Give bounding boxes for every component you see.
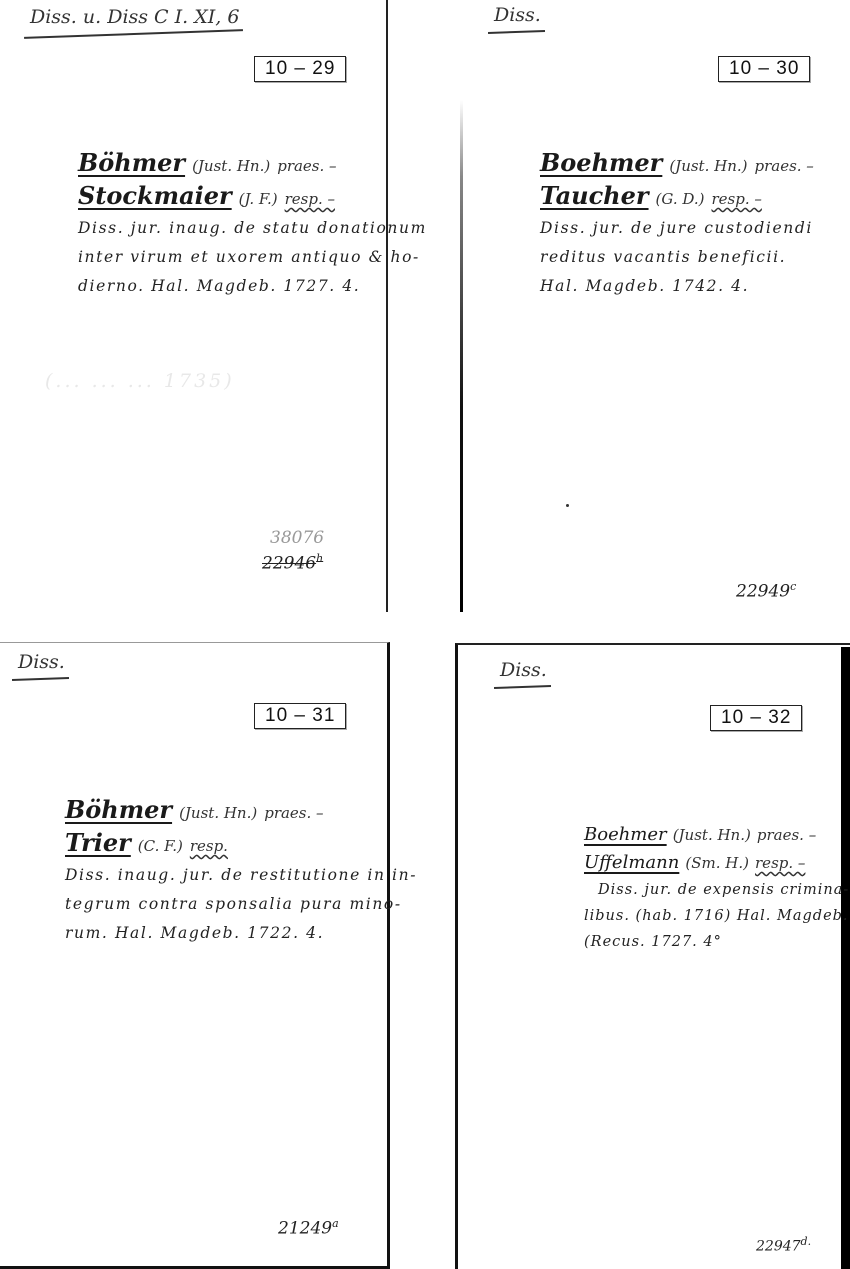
respondent-role: resp. – [285,190,335,208]
shelf-number: 22946h [262,552,323,574]
respondent-role: resp. [190,837,228,855]
author-initials: (Just. Hn.) [192,157,270,175]
ink-speck [566,504,569,507]
call-number-box: 10 – 31 [254,703,346,729]
heading-note: Diss. [494,4,541,26]
catalog-card-10-29: Diss. u. Diss C I. XI, 6 10 – 29 Böhmer … [0,0,388,612]
author-initials: (Just. Hn.) [673,826,751,844]
respondent-line: Trier (C. F.) resp. [65,828,417,861]
description-line: Diss. jur. de jure custodiendi [540,214,814,243]
description-line: Diss. jur. inaug. de statu donationum [78,214,427,243]
catalog-card-10-32: Diss. 10 – 32 Boehmer (Just. Hn.) praes.… [455,643,850,1269]
respondent-initials: (J. F.) [239,190,278,208]
call-number-box: 10 – 30 [718,56,810,82]
respondent-name: Stockmaier [78,181,232,210]
respondent-line: Stockmaier (J. F.) resp. – [78,181,427,214]
catalog-entry: Böhmer (Just. Hn.) praes. – Trier (C. F.… [65,795,417,948]
author-name: Böhmer [78,148,185,177]
catalog-entry: Boehmer (Just. Hn.) praes. – Uffelmann (… [584,821,849,955]
call-number-box: 10 – 29 [254,56,346,82]
description-line: Diss. jur. de expensis crimina- [584,877,849,903]
description-line: reditus vacantis beneficii. [540,243,814,272]
catalog-card-10-31: Diss. 10 – 31 Böhmer (Just. Hn.) praes. … [0,642,390,1269]
description-line: dierno. Hal. Magdeb. 1727. 4. [78,272,427,301]
author-line: Böhmer (Just. Hn.) praes. – [78,148,427,181]
respondent-name: Uffelmann [584,852,679,873]
shelf-number-suffix: c [790,580,796,593]
shelf-number-value: 21249 [278,1219,332,1239]
shelf-number-suffix: d. [801,1235,812,1248]
shelf-number-suffix: h [316,552,323,565]
heading-note: Diss. [500,659,547,681]
shelf-number-value: 22947 [756,1239,801,1255]
author-role: praes. – [264,804,323,822]
call-number-box: 10 – 32 [710,705,802,731]
author-name: Boehmer [584,824,667,845]
author-line: Boehmer (Just. Hn.) praes. – [584,821,849,849]
respondent-initials: (C. F.) [138,837,183,855]
author-line: Böhmer (Just. Hn.) praes. – [65,795,417,828]
description-line: inter virum et uxorem antiquo & ho- [78,243,427,272]
shelf-number-suffix: a [332,1217,339,1230]
faded-erased-note: (... ... ... 1735) [45,370,235,392]
description-line: libus. (hab. 1716) Hal. Magdeb. [584,903,849,929]
respondent-initials: (G. D.) [656,190,705,208]
description-line: Diss. inaug. jur. de restitutione in in- [65,861,417,890]
heading-note: Diss. [18,651,65,673]
shelf-number-value: 22946 [262,554,316,574]
description-line: (Recus. 1727. 4° [584,929,849,955]
author-name: Böhmer [65,795,172,824]
card-edge [460,100,463,612]
heading-note: Diss. u. Diss C I. XI, 6 [30,6,239,28]
respondent-line: Taucher (G. D.) resp. – [540,181,814,214]
respondent-role: resp. – [755,854,805,872]
catalog-card-10-30: Diss. 10 – 30 Boehmer (Just. Hn.) praes.… [460,0,850,612]
author-initials: (Just. Hn.) [669,157,747,175]
shelf-number: 22947d. [756,1235,811,1255]
respondent-name: Trier [65,828,131,857]
shelf-number: 21249a [278,1217,339,1239]
author-name: Boehmer [540,148,662,177]
respondent-line: Uffelmann (Sm. H.) resp. – [584,849,849,877]
author-role: praes. – [277,157,336,175]
author-role: praes. – [757,826,816,844]
description-line: tegrum contra sponsalia pura mino- [65,890,417,919]
description-line: rum. Hal. Magdeb. 1722. 4. [65,919,417,948]
catalog-entry: Böhmer (Just. Hn.) praes. – Stockmaier (… [78,148,427,301]
author-line: Boehmer (Just. Hn.) praes. – [540,148,814,181]
respondent-name: Taucher [540,181,649,210]
author-role: praes. – [754,157,813,175]
old-shelf-number: 38076 [270,528,324,548]
respondent-initials: (Sm. H.) [685,854,749,872]
catalog-entry: Boehmer (Just. Hn.) praes. – Taucher (G.… [540,148,814,301]
scan-edge-shadow [841,647,850,1269]
description-line: Hal. Magdeb. 1742. 4. [540,272,814,301]
author-initials: (Just. Hn.) [179,804,257,822]
shelf-number-value: 22949 [736,582,790,602]
shelf-number: 22949c [736,580,796,602]
respondent-role: resp. – [712,190,762,208]
